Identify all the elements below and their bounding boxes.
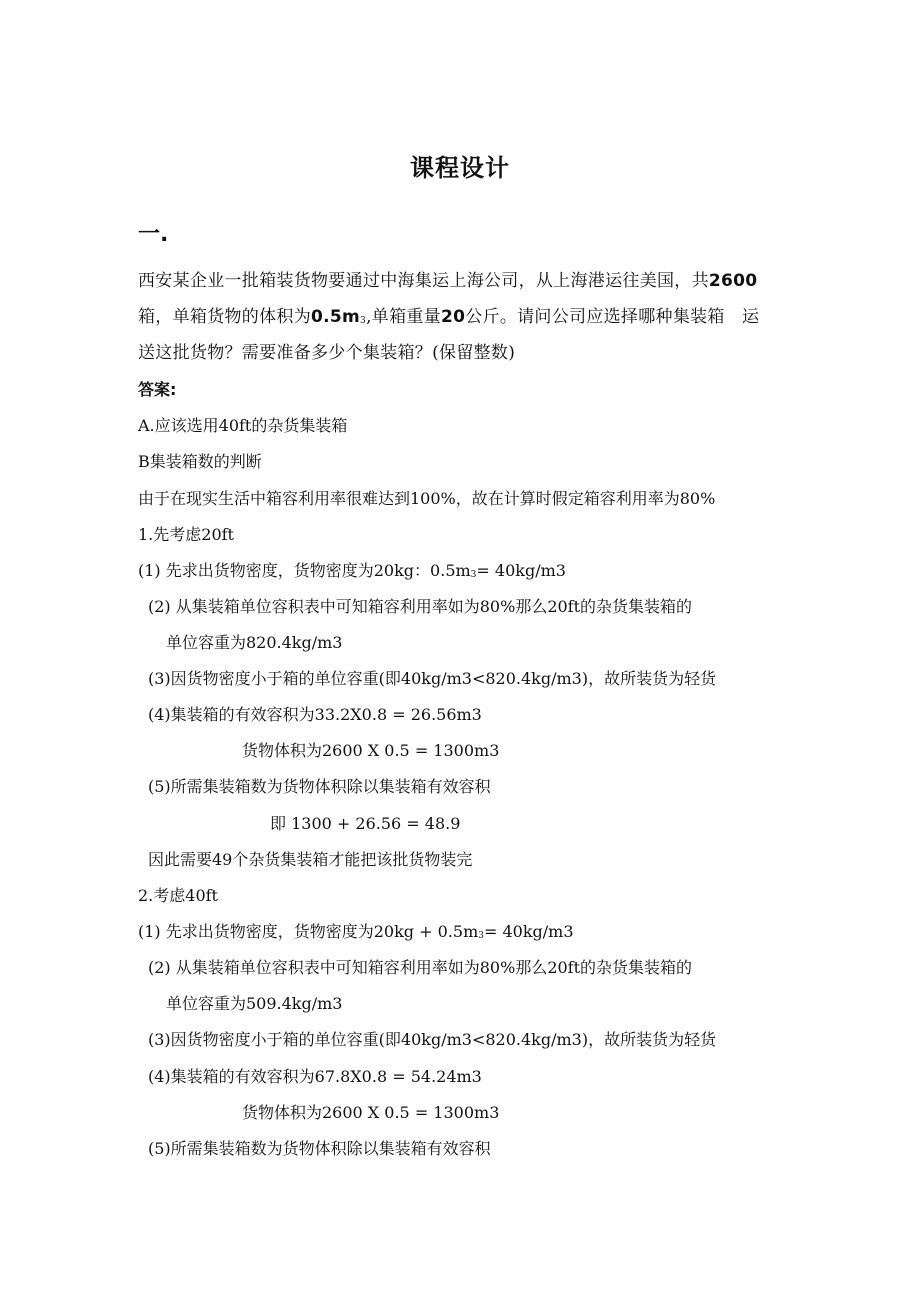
box-count: 2600	[709, 271, 758, 291]
assumption: 由于在现实生活中箱容利用率很难达到100%，故在计算时假定箱容利用率为80%	[138, 489, 715, 509]
part1-step5-line2: 即 1300 + 26.56 = 48.9	[270, 814, 460, 834]
part1-step2-line2: 单位容重为820.4kg/m3	[166, 633, 343, 653]
step-text: = 40kg/m3	[484, 922, 574, 941]
part2-step4-line1: (4)集装箱的有效容积为67.8X0.8 = 54.24m3	[148, 1067, 482, 1087]
question-text: 西安某企业一批箱装货物要通过中海集运上海公司，从上海港运往美国，共	[138, 271, 709, 291]
step-text: = 40kg/m3	[476, 561, 566, 580]
part1-step4-line2: 货物体积为2600 X 0.5 = 1300m3	[242, 741, 499, 761]
question-text: 公斤。请问公司应选择哪种集装箱 运	[465, 307, 759, 327]
part1-step1: (1) 先求出货物密度，货物密度为20kg：0.5m3= 40kg/m3	[138, 561, 566, 585]
part1-heading: 1.先考虑20ft	[138, 525, 234, 545]
part2-step1: (1) 先求出货物密度，货物密度为20kg + 0.5m3= 40kg/m3	[138, 922, 574, 946]
part2-step2-line1: (2) 从集装箱单位容积表中可知箱容利用率如为80%那么20ft的杂货集装箱的	[148, 958, 692, 978]
part1-conclusion: 因此需要49个杂货集装箱才能把该批货物装完	[148, 850, 472, 870]
answer-label: 答案:	[138, 380, 176, 400]
part2-step3: (3)因货物密度小于箱的单位容重(即40kg/m3<820.4kg/m3)，故所…	[148, 1030, 716, 1050]
section-number: 一.	[138, 217, 168, 248]
page-title: 课程设计	[0, 148, 920, 183]
part1-step3: (3)因货物密度小于箱的单位容重(即40kg/m3<820.4kg/m3)，故所…	[148, 669, 716, 689]
part1-step2-line1: (2) 从集装箱单位容积表中可知箱容利用率如为80%那么20ft的杂货集装箱的	[148, 597, 692, 617]
question-text: ,单箱重量	[366, 307, 441, 327]
answer-a: A.应该选用40ft的杂货集装箱	[138, 416, 347, 436]
part2-step5-line1: (5)所需集装箱数为货物体积除以集装箱有效容积	[148, 1139, 491, 1159]
question-line-1: 西安某企业一批箱装货物要通过中海集运上海公司，从上海港运往美国，共2600	[138, 271, 757, 291]
part1-step5-line1: (5)所需集装箱数为货物体积除以集装箱有效容积	[148, 777, 491, 797]
part1-step4-line1: (4)集装箱的有效容积为33.2X0.8 = 26.56m3	[148, 705, 482, 725]
question-text: 箱，单箱货物的体积为	[138, 307, 311, 327]
unit-weight: 20	[441, 307, 465, 327]
part2-step4-line2: 货物体积为2600 X 0.5 = 1300m3	[242, 1103, 499, 1123]
part2-heading: 2.考虑40ft	[138, 886, 218, 906]
question-line-2: 箱，单箱货物的体积为0.5m3,单箱重量20公斤。请问公司应选择哪种集装箱 运	[138, 307, 759, 331]
step-text: (1) 先求出货物密度，货物密度为20kg：0.5m	[138, 561, 471, 580]
step-text: (1) 先求出货物密度，货物密度为20kg + 0.5m	[138, 922, 478, 941]
question-line-3: 送这批货物？需要准备多少个集装箱？(保留整数)	[138, 343, 515, 363]
part2-step2-line2: 单位容重为509.4kg/m3	[166, 994, 343, 1014]
unit-volume: 0.5m	[311, 307, 360, 327]
answer-b: B集装箱数的判断	[138, 452, 262, 472]
